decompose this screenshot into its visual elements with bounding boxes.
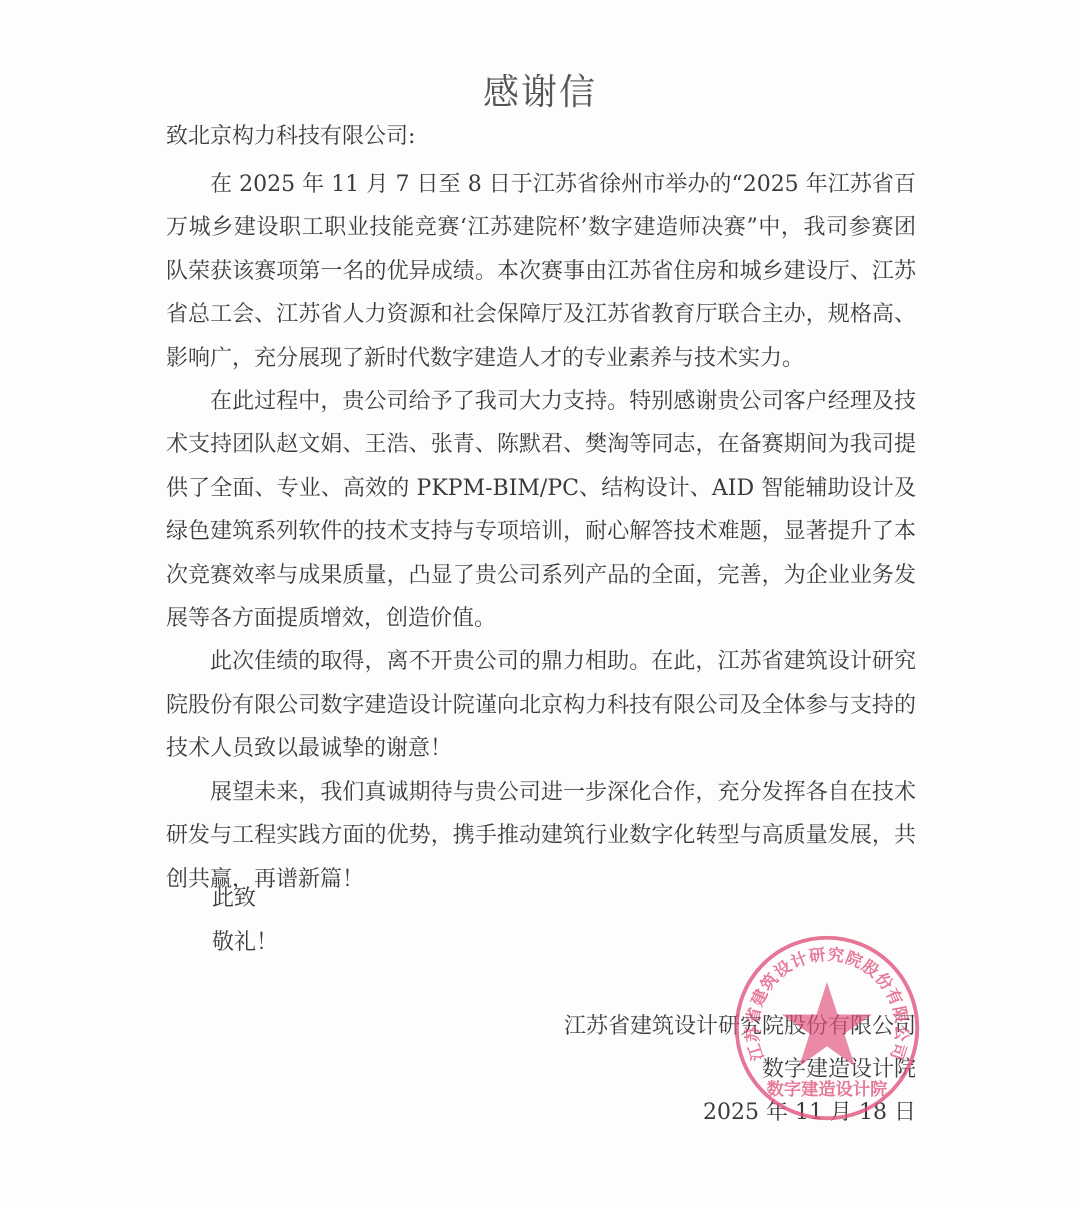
seal-arc-text: 江苏省建筑设计研究院股份有限公司 [743,945,912,1063]
svg-text:江苏省建筑设计研究院股份有限公司: 江苏省建筑设计研究院股份有限公司 [743,945,912,1063]
letter-page: 感谢信 致北京构力科技有限公司: 在 2025 年 11 月 7 日至 8 日于… [0,0,1080,1208]
closing-line-1: 此致 [212,884,256,914]
closing-line-2: 敬礼！ [212,928,278,958]
signature-organization: 江苏省建筑设计研究院股份有限公司 [564,1012,916,1042]
signature-department: 数字建造设计院 [762,1055,916,1085]
signature-date: 2025 年 11 月 18 日 [703,1098,916,1128]
letter-body: 在 2025 年 11 月 7 日至 8 日于江苏省徐州市举办的“2025 年江… [166,163,916,901]
paragraph-future: 展望未来，我们真诚期待与贵公司进一步深化合作，充分发挥各自在技术研发与工程实践方… [166,771,916,901]
paragraph-competition: 在 2025 年 11 月 7 日至 8 日于江苏省徐州市举办的“2025 年江… [166,163,916,380]
letter-title: 感谢信 [0,64,1080,115]
paragraph-thanks: 此次佳绩的取得，离不开贵公司的鼎力相助。在此，江苏省建筑设计研究院股份有限公司数… [166,640,916,770]
salutation: 致北京构力科技有限公司: [166,122,415,152]
paragraph-support: 在此过程中，贵公司给予了我司大力支持。特别感谢贵公司客户经理及技术支持团队赵文娟… [166,380,916,640]
